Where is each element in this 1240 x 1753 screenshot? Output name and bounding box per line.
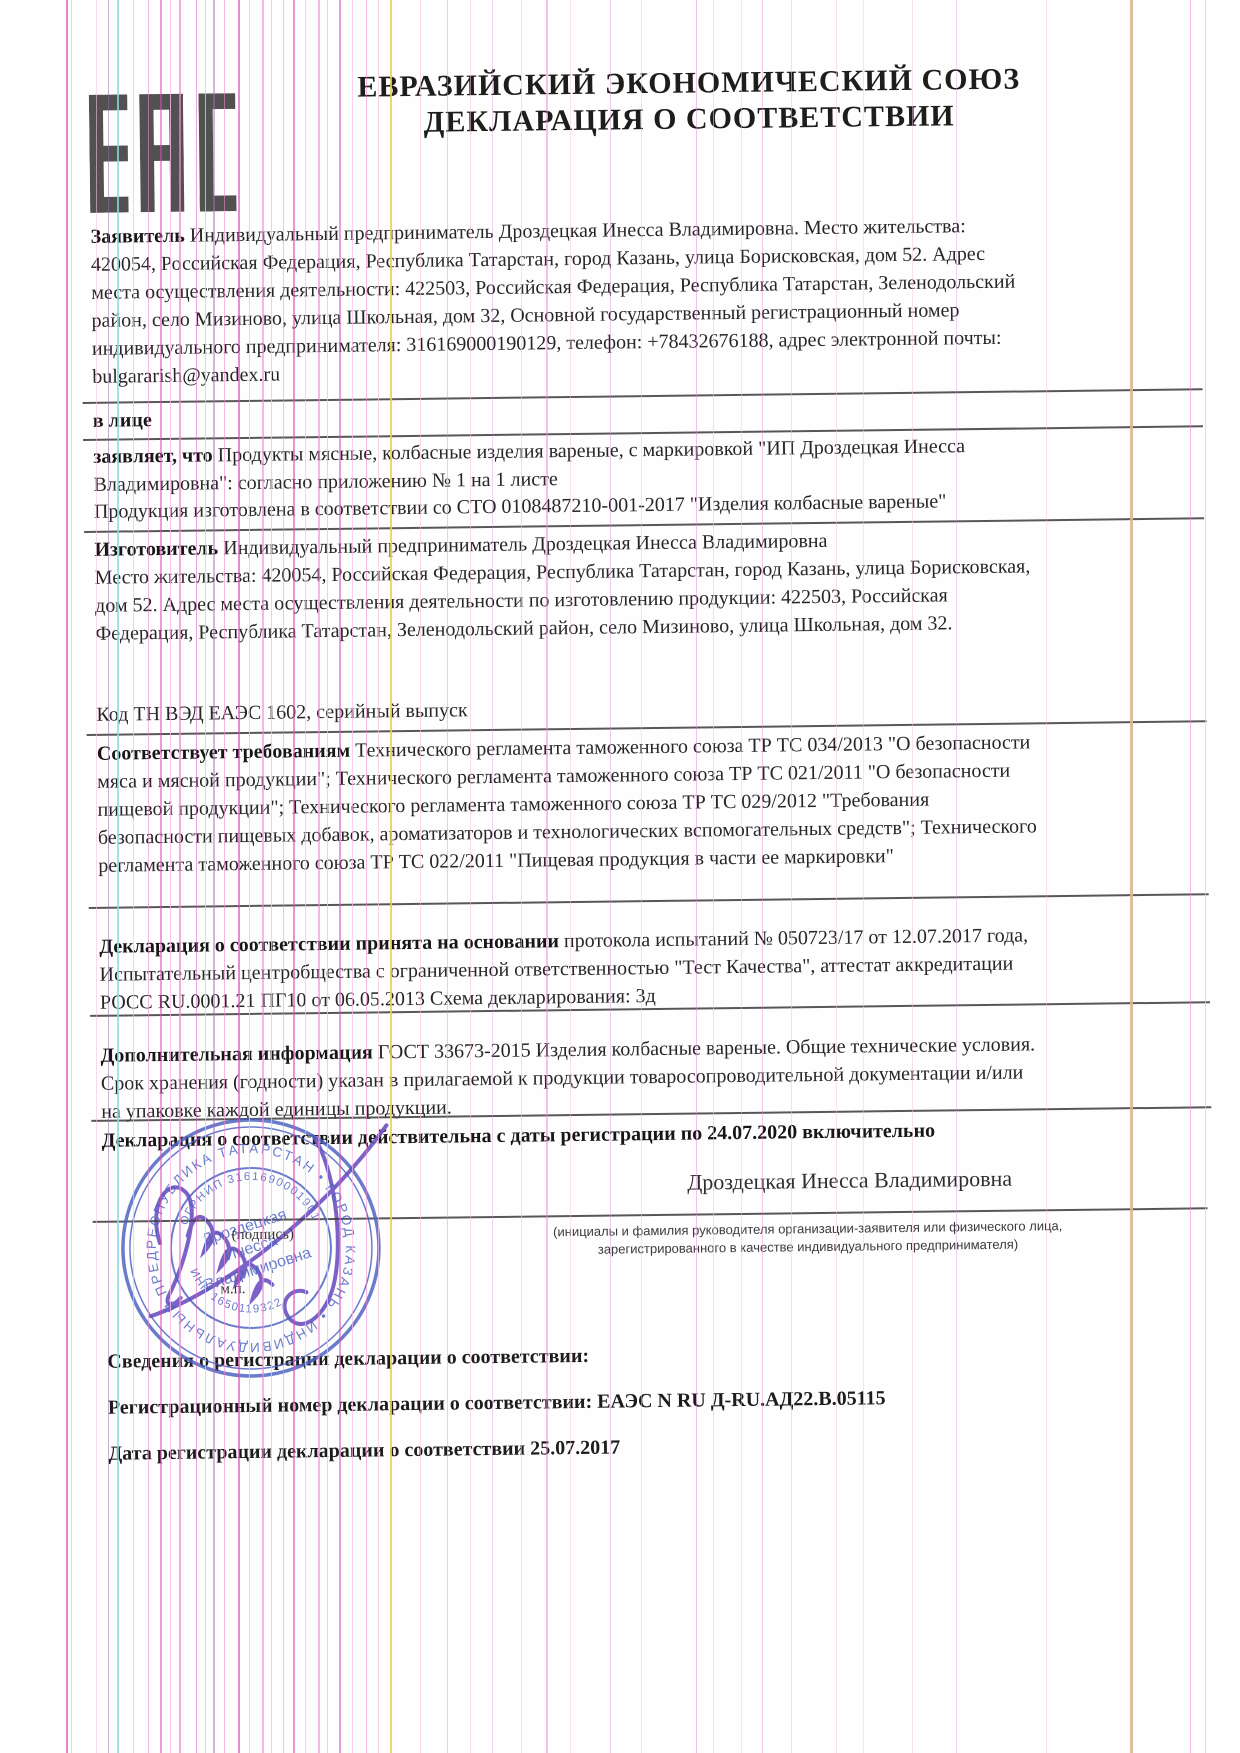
declares-text: Продукты мясные, колбасные изделия варен… (93, 435, 965, 496)
in-person-label: в лице (93, 409, 152, 432)
basis-label: Декларация о соответствии принята на осн… (99, 930, 559, 958)
section-divider (89, 893, 1209, 909)
section-compliance: Соответствует требованиям Технического р… (97, 728, 1039, 879)
applicant-text: Индивидуальный предприниматель Дроздецка… (91, 215, 1016, 388)
page-title: ЕВРАЗИЙСКИЙ ЭКОНОМИЧЕСКИЙ СОЮЗ ДЕКЛАРАЦИ… (294, 61, 1085, 143)
signature-label: (подпись) (193, 1226, 333, 1245)
svg-text:ОГРНИП 316169000190129: ОГРНИП 316169000190129 (109, 1103, 322, 1228)
section-manufacturer: Изготовитель Индивидуальный предпринимат… (94, 524, 1035, 647)
manufacturer-text: Место жительства: 420054, Российская Фед… (95, 555, 1031, 644)
compliance-label: Соответствует требованиям (97, 740, 351, 765)
registration-date: Дата регистрации декларации о соответств… (108, 1431, 1108, 1466)
applicant-label: Заявитель (90, 225, 184, 248)
section-applicant: Заявитель Индивидуальный предприниматель… (90, 211, 1032, 390)
document-page: ЕВРАЗИЙСКИЙ ЭКОНОМИЧЕСКИЙ СОЮЗ ДЕКЛАРАЦИ… (0, 0, 1240, 1753)
signatory-caption: (инициалы и фамилия руководителя организ… (478, 1216, 1138, 1260)
eac-logo-icon (89, 93, 238, 213)
declares-label: заявляет, что (93, 444, 213, 467)
manufacturer-name: Индивидуальный предприниматель Дроздецка… (223, 530, 828, 559)
section-basis: Декларация о соответствии принята на осн… (99, 921, 1040, 1016)
additional-label: Дополнительная информация (100, 1041, 372, 1066)
signatory-name: Дроздецкая Инесса Владимировна (562, 1164, 1137, 1197)
stamp-ogrnip-text: ОГРНИП 316169000190129 (109, 1103, 322, 1228)
section-tnved-code: Код ТН ВЭД ЕАЭС 1602, серийный выпуск (96, 689, 1036, 728)
document-content: ЕВРАЗИЙСКИЙ ЭКОНОМИЧЕСКИЙ СОЮЗ ДЕКЛАРАЦИ… (0, 0, 1240, 1753)
manufacturer-label: Изготовитель (94, 537, 218, 561)
round-stamp: РЕСПУБЛИКА ТАТАРСТАН • ГОРОД КАЗАНЬ • ИН… (109, 1103, 394, 1392)
seal-place-label: м.п. (220, 1281, 280, 1299)
